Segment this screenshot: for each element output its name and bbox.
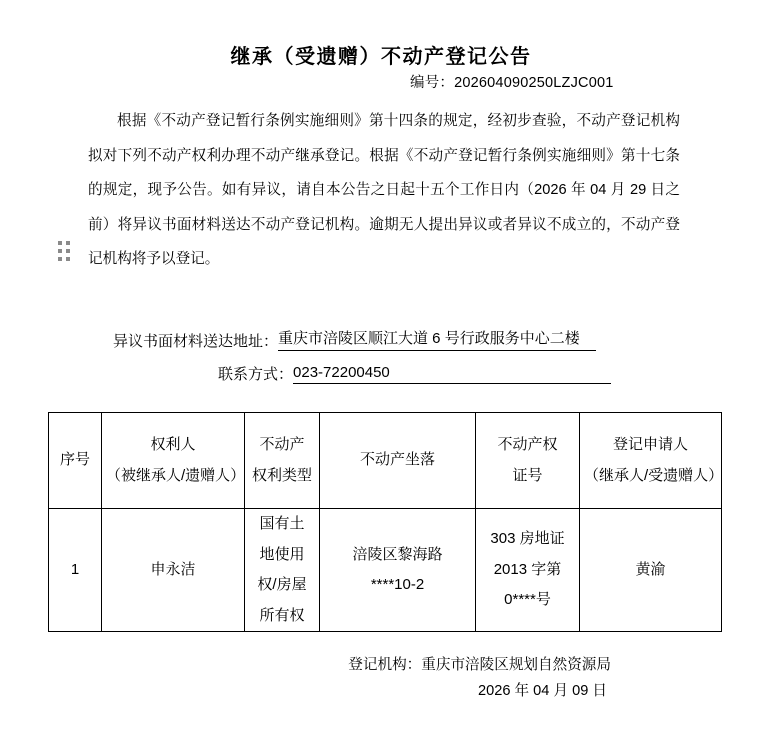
objection-address-label: 异议书面材料送达地址： [113,330,278,351]
notice-paragraph-line: 记机构将予以登记。 [88,242,680,277]
notice-date: 2026 年 04 月 09 日 [0,679,607,700]
serial-number-line: 编号：202604090250LZJC001 [410,71,614,92]
contact-line: 联系方式：023-72200450 [218,363,611,384]
serial-number-label: 编号： [410,75,454,91]
cell-owner: 申永洁 [102,509,245,632]
serial-number-value: 202604090250LZJC001 [454,75,613,91]
header-owner: 权利人 （被继承人/遗赠人） [102,413,245,509]
page-title: 继承（受遗赠）不动产登记公告 [0,40,762,69]
header-right-type: 不动产 权利类型 [245,413,320,509]
notice-paragraph-line: 前）将异议书面材料送达不动产登记机构。逾期无人提出异议或者异议不成立的，不动产登 [88,208,680,243]
notice-paragraph-line: 的规定，现予公告。如有异议，请自本公告之日起十五个工作日内（2026 年 04 … [88,173,680,208]
header-applicant: 登记申请人 （继承人/受遗赠人） [580,413,722,509]
table-row: 1 申永洁 国有土 地使用 权/房屋 所有权 涪陵区黎海路 ****10-2 3… [49,509,722,632]
contact-label: 联系方式： [218,363,293,384]
notice-paragraph-line: 根据《不动产登记暂行条例实施细则》第十四条的规定，经初步查验，不动产登记机构 [88,104,680,139]
cell-applicant: 黄渝 [580,509,722,632]
objection-address-value: 重庆市涪陵区顺江大道 6 号行政服务中心二楼 [278,327,596,351]
registration-table: 序号 权利人 （被继承人/遗赠人） 不动产 权利类型 不动产坐落 不动产权 证号… [48,412,722,632]
objection-address-line: 异议书面材料送达地址：重庆市涪陵区顺江大道 6 号行政服务中心二楼 [113,327,596,351]
cell-right-type: 国有土 地使用 权/房屋 所有权 [245,509,320,632]
cell-seq: 1 [49,509,102,632]
notice-paragraph-line: 拟对下列不动产权利办理不动产继承登记。根据《不动产登记暂行条例实施细则》第十七条 [88,139,680,174]
header-cert-no: 不动产权 证号 [476,413,580,509]
cell-location: 涪陵区黎海路 ****10-2 [320,509,476,632]
drag-handle-icon[interactable] [58,241,70,261]
cell-cert-no: 303 房地证 2013 字第 0****号 [476,509,580,632]
registration-agency: 登记机构：重庆市涪陵区规划自然资源局 [0,653,611,674]
header-location: 不动产坐落 [320,413,476,509]
notice-paragraph: 根据《不动产登记暂行条例实施细则》第十四条的规定，经初步查验，不动产登记机构 拟… [88,104,680,277]
contact-value: 023-72200450 [293,364,611,384]
table-header-row: 序号 权利人 （被继承人/遗赠人） 不动产 权利类型 不动产坐落 不动产权 证号… [49,413,722,509]
header-seq: 序号 [49,413,102,509]
document-page: 继承（受遗赠）不动产登记公告 编号：202604090250LZJC001 根据… [0,0,762,731]
